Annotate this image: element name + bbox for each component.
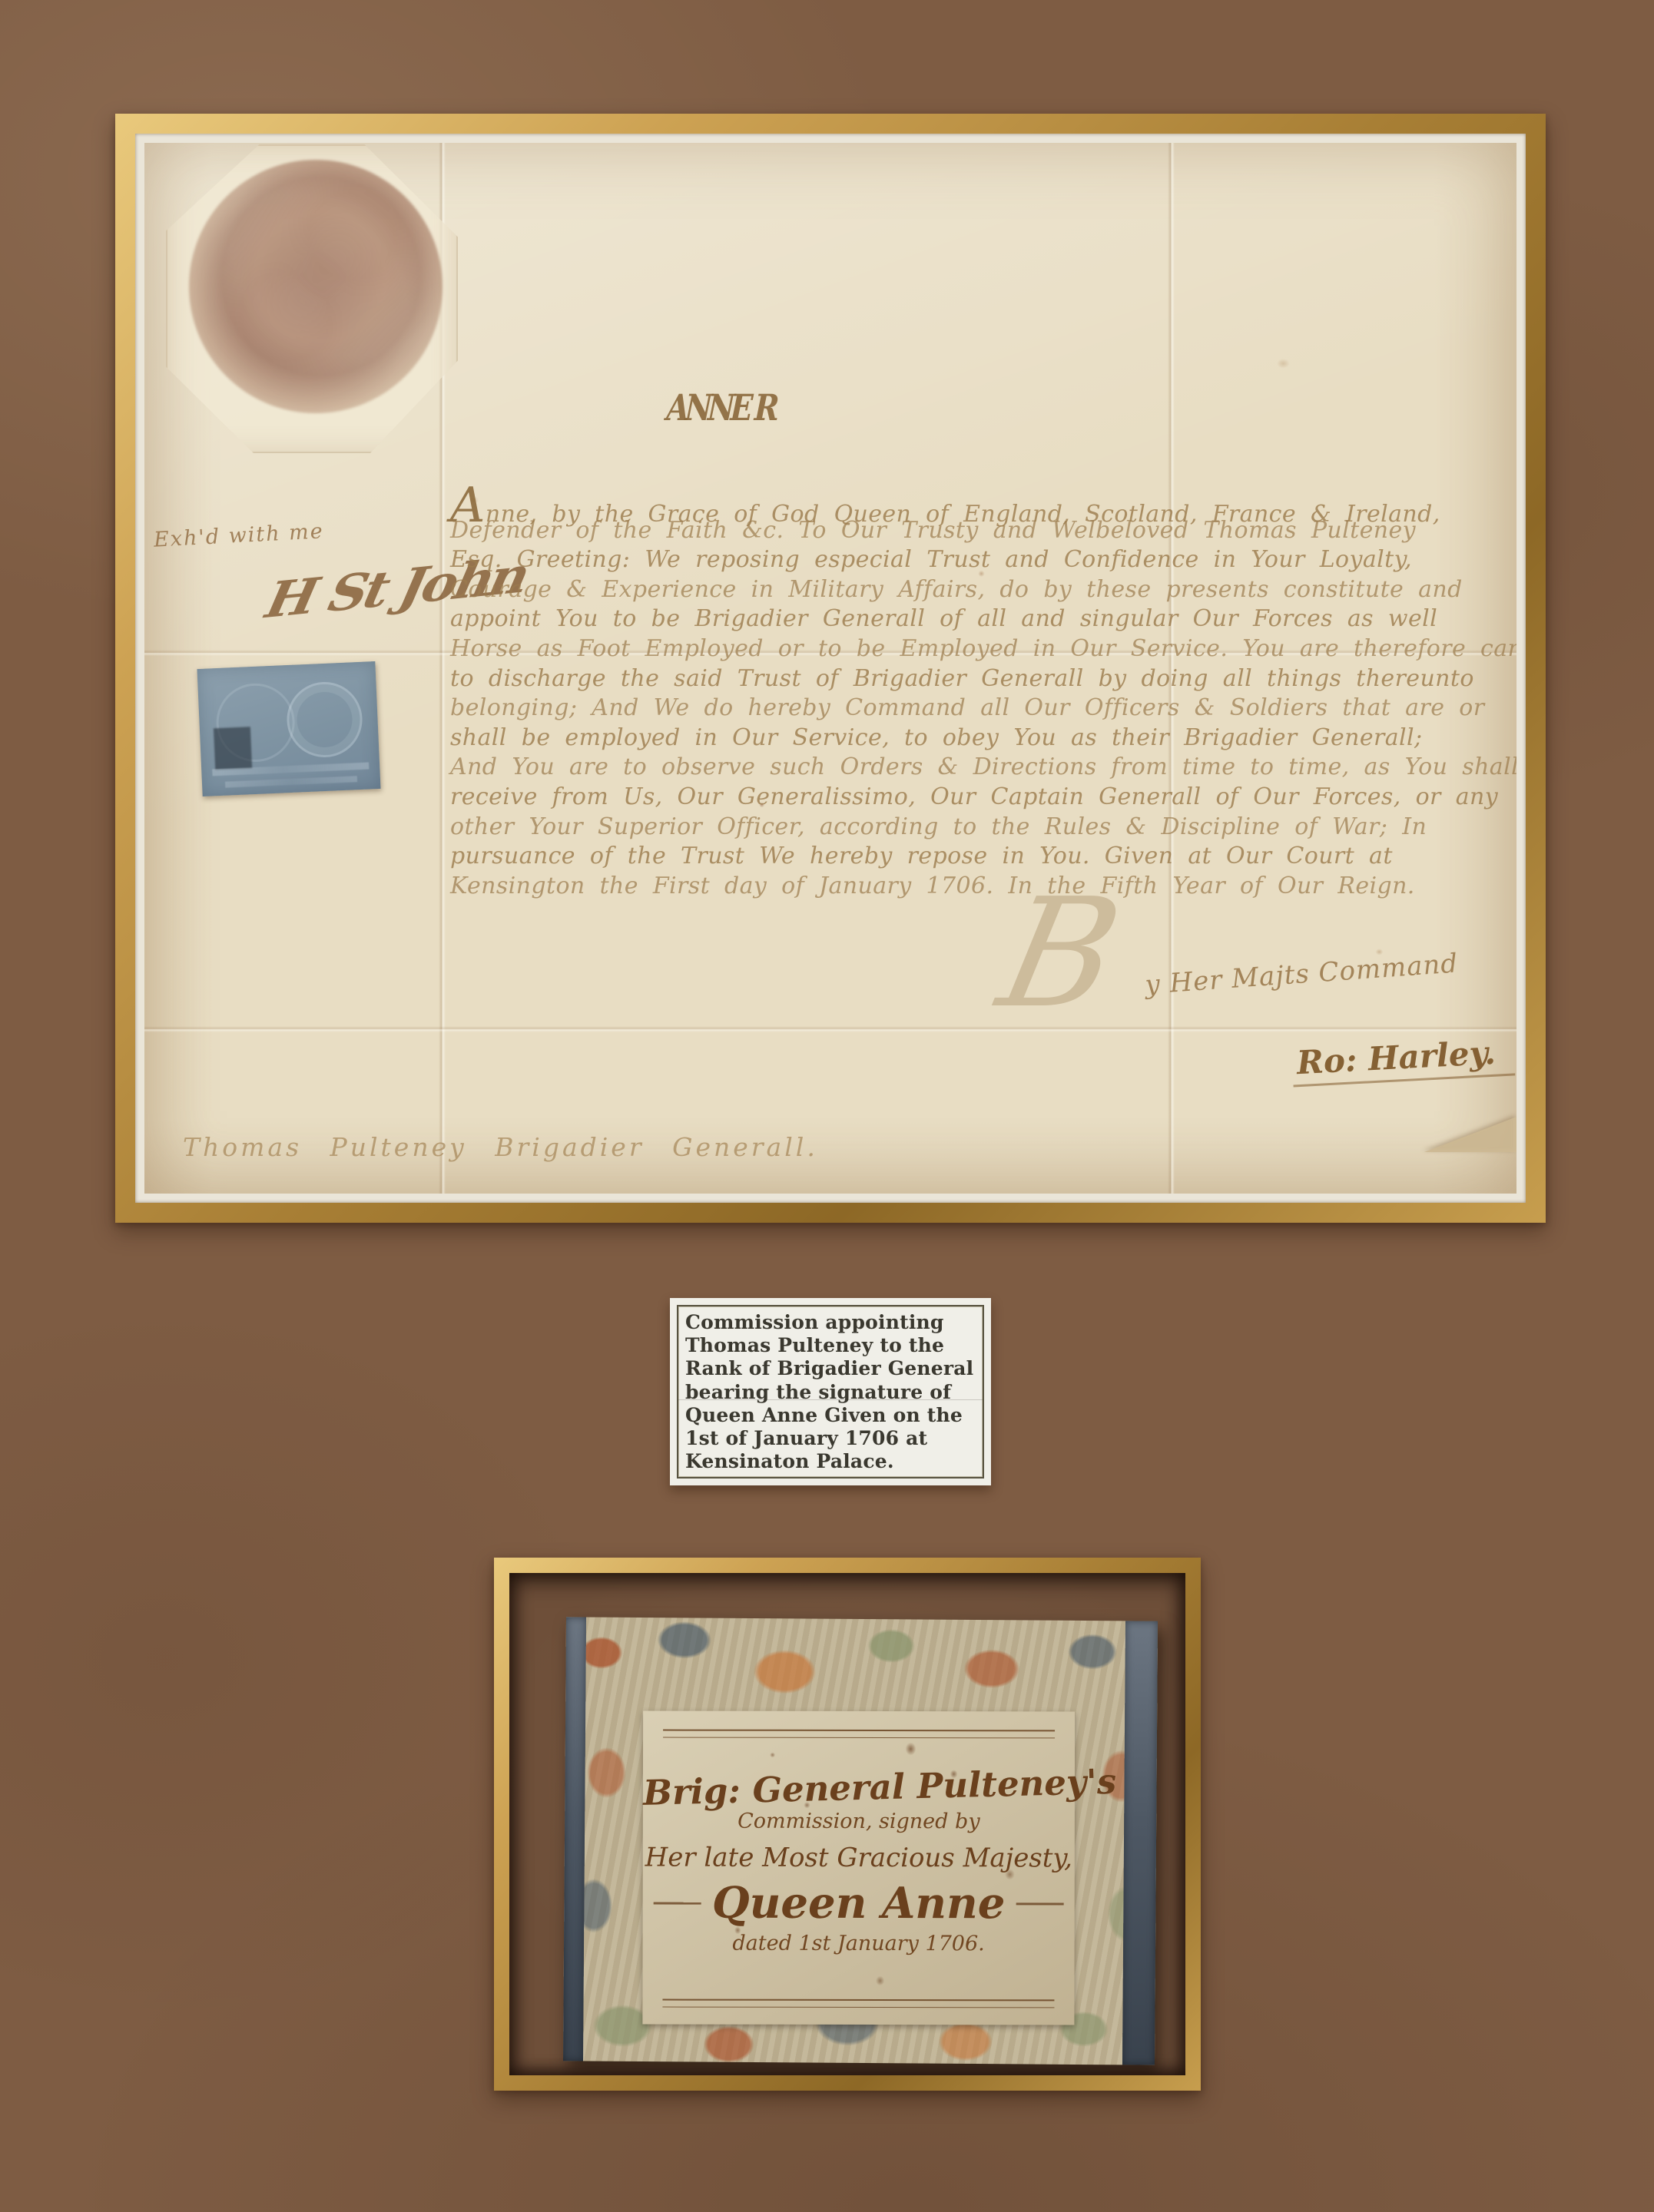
commission-body-text: Anne, by the Grace of God Queen of Engla…	[450, 487, 1509, 902]
body-line: Courage & Experience in Military Affairs…	[450, 576, 1509, 606]
body-line: Horse as Foot Employed or to be Employed…	[450, 635, 1509, 665]
body-line: Kensington the First day of January 1706…	[450, 873, 1509, 902]
examined-note: Exh'd with me	[153, 519, 324, 552]
label-majesty-line: Her late Most Gracious Majesty,	[643, 1842, 1075, 1873]
label-dash	[654, 1902, 701, 1904]
parchment-corner-curl	[1424, 1117, 1516, 1152]
label-date: dated 1st January 1706.	[643, 1931, 1075, 1955]
caption-line: Queen Anne Given on the	[685, 1404, 976, 1427]
framed-display: Exh'd with me H St John ANNE R Anne, by …	[0, 0, 1654, 2212]
wrapper-spine-edge-left	[563, 1617, 586, 2061]
label-rule-top	[663, 1730, 1055, 1739]
body-line: belonging; And We do hereby Command all …	[450, 694, 1509, 724]
royal-sign-manual: ANNE R	[662, 387, 779, 429]
shadowbox-recess: Brig: General Pulteney's Commission, sig…	[509, 1573, 1185, 2075]
endorsement-line: Thomas Pulteney Brigadier Generall.	[183, 1132, 818, 1162]
frame-fillet: Exh'd with me H St John ANNE R Anne, by …	[135, 134, 1526, 1203]
body-line: Anne, by the Grace of God Queen of Engla…	[450, 487, 1509, 517]
label-rule-bottom	[662, 1999, 1054, 2008]
commission-document: Exh'd with me H St John ANNE R Anne, by …	[144, 143, 1516, 1194]
body-line: And You are to observe such Orders & Dir…	[450, 753, 1509, 783]
marbled-wrapper: Brig: General Pulteney's Commission, sig…	[563, 1617, 1158, 2065]
label-title: Brig: General Pulteney's	[642, 1762, 1075, 1813]
caption-line: Rank of Brigadier General	[685, 1357, 976, 1380]
caption-text: Commission appointing Thomas Pulteney to…	[685, 1311, 976, 1472]
caption-line: Commission appointing	[685, 1311, 976, 1334]
revenue-stamp	[197, 661, 380, 796]
body-line: other Your Superior Officer, according t…	[450, 813, 1509, 843]
body-line: to discharge the said Trust of Brigadier…	[450, 665, 1509, 695]
body-line: Defender of the Faith &c. To Our Trusty …	[450, 517, 1509, 547]
label-dash	[1016, 1902, 1063, 1905]
fold-crease	[144, 1026, 1516, 1032]
label-subtitle: Commission, signed by	[643, 1809, 1075, 1833]
wrapper-spine-edge-right	[1122, 1621, 1158, 2065]
wax-seal	[189, 160, 443, 413]
caption-card: Commission appointing Thomas Pulteney to…	[670, 1298, 991, 1485]
stamp-ink-mark	[214, 727, 252, 770]
caption-line: Kensinaton Palace.	[685, 1450, 976, 1473]
stamp-embossed-text	[225, 776, 357, 787]
caption-line: Thomas Pulteney to the	[685, 1334, 976, 1357]
body-line: shall be employed in Our Service, to obe…	[450, 724, 1509, 754]
label-name-row: Queen Anne	[643, 1877, 1075, 1929]
wrapper-frame: Brig: General Pulteney's Commission, sig…	[494, 1558, 1201, 2091]
document-frame: Exh'd with me H St John ANNE R Anne, by …	[115, 114, 1546, 1223]
body-line: receive from Us, Our Generalissimo, Our …	[450, 783, 1509, 813]
body-line: Esq. Greeting: We reposing especial Trus…	[450, 546, 1509, 576]
caption-line: bearing the signature of	[685, 1381, 976, 1404]
caption-line: 1st of January 1706 at	[685, 1427, 976, 1450]
body-line: appoint You to be Brigadier Generall of …	[450, 605, 1509, 635]
harley-signature: Ro: Harley.	[1291, 1032, 1515, 1087]
wrapper-label: Brig: General Pulteney's Commission, sig…	[642, 1710, 1075, 2025]
label-queen-name: Queen Anne	[712, 1878, 1006, 1929]
by-command-line: y Her Majts Command	[1144, 941, 1516, 1001]
stamp-embossed-ring	[285, 680, 363, 759]
body-line: pursuance of the Trust We hereby repose …	[450, 843, 1509, 873]
